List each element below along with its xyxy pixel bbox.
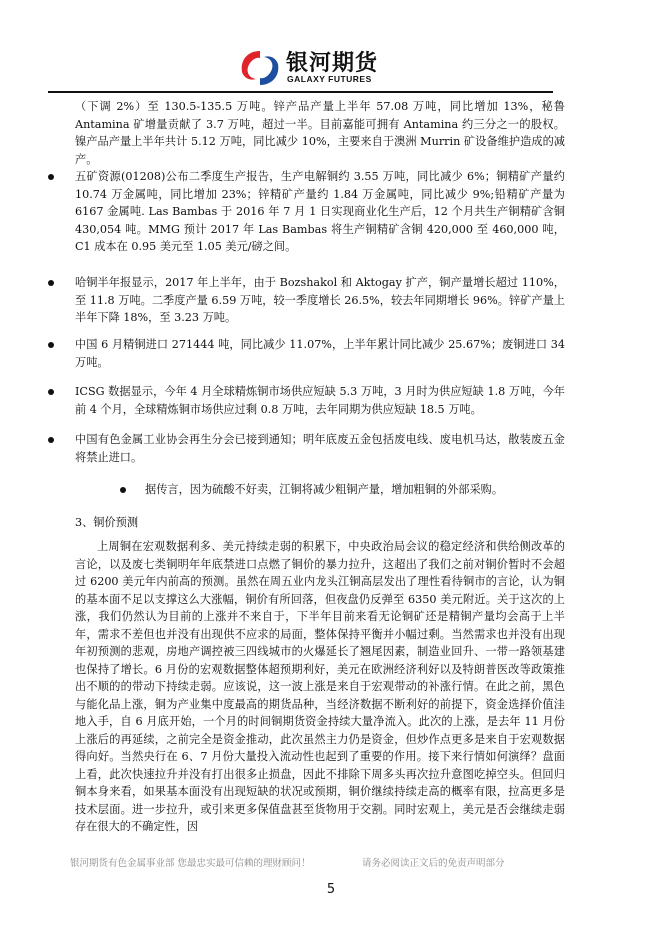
- bullet-icon: [120, 487, 126, 493]
- bullet-text: 哈铜半年报显示，2017 年上半年，由于 Bozshakol 和 Aktogay…: [75, 274, 565, 327]
- bullet-text: 五矿资源(01208)公布二季度生产报告，生产电解铜约 3.55 万吨，同比减少…: [75, 168, 565, 256]
- bullet-icon: [48, 437, 54, 443]
- galaxy-futures-logo-icon: [238, 48, 282, 88]
- footer-disclaimer-note: 请务必阅读正文后的免责声明部分: [362, 855, 505, 869]
- bullet-icon: [48, 342, 54, 348]
- bullet-text: ICSG 数据显示，今年 4 月全球精炼铜市场供应短缺 5.3 万吨，3 月时为…: [75, 383, 565, 418]
- page-header: 银河期货 GALAXY FUTURES: [0, 44, 662, 92]
- logo-chinese-name: 银河期货: [286, 46, 378, 77]
- section-heading: 3、铜价预测: [75, 514, 138, 530]
- bullet-icon: [48, 280, 54, 286]
- body-paragraph: 上周铜在宏观数据利多、美元持续走弱的积累下，中央政治局会议的稳定经济和供给侧改革…: [75, 538, 565, 836]
- continuation-paragraph: （下调 2%）至 130.5-135.5 万吨。锌产品产量上半年 57.08 万…: [75, 98, 565, 168]
- logo-english-name: GALAXY FUTURES: [287, 74, 372, 84]
- bullet-icon: [48, 174, 54, 180]
- bullet-icon: [48, 389, 54, 395]
- bullet-text: 中国有色金属工业协会再生分会已接到通知；明年底废五金包括废电线、废电机马达，散装…: [75, 431, 565, 466]
- bullet-text: 据传言，因为硫酸不好卖，江铜将减少粗铜产量，增加粗铜的外部采购。: [145, 481, 575, 499]
- footer-slogan: 银河期货有色金属事业部 您最忠实最可信赖的理财顾问！: [70, 855, 311, 869]
- header-divider: [48, 91, 553, 93]
- bullet-text: 中国 6 月精铜进口 271444 吨，同比减少 11.07%，上半年累计同比减…: [75, 336, 565, 371]
- page-number: 5: [0, 882, 662, 897]
